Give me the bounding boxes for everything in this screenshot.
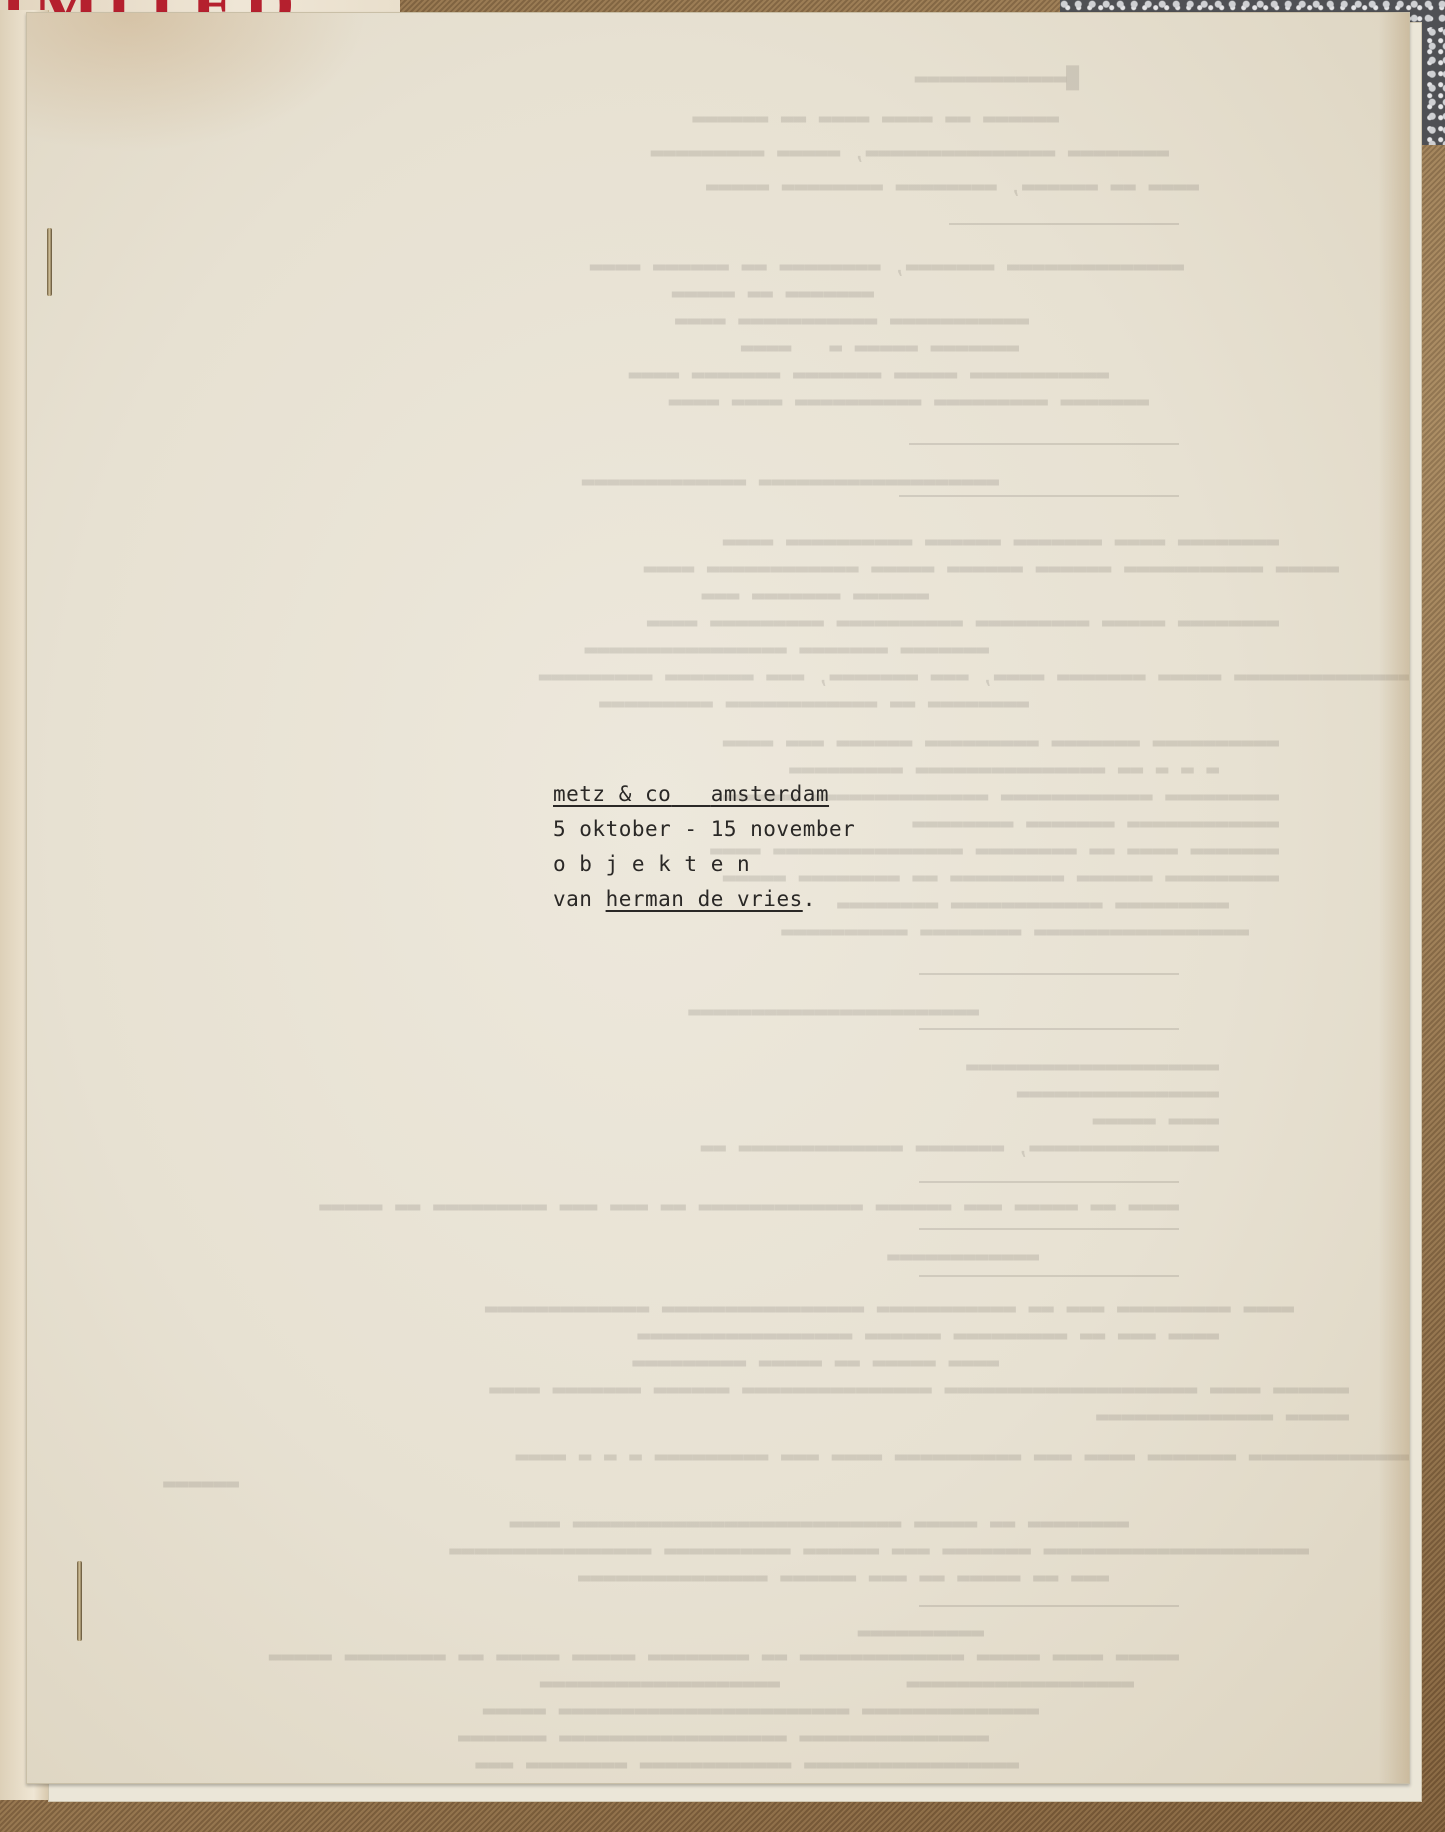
exhibition-notice: metz & co amsterdam 5 oktober - 15 novem… xyxy=(553,777,855,917)
artist-line: van herman de vries. xyxy=(553,882,855,917)
exhibition-subject: o b j e k t e n xyxy=(553,847,855,882)
venue-city: amsterdam xyxy=(711,782,829,806)
staple-bottom xyxy=(77,1561,82,1641)
artist-suffix: . xyxy=(803,887,816,911)
venue-name: metz & co xyxy=(553,782,671,806)
venue-line: metz & co amsterdam xyxy=(553,777,855,812)
exhibition-dates: 5 oktober - 15 november xyxy=(553,812,855,847)
document-page: █▬▬▬▬▬▬▬▬▬▬▬▬ ▬▬▬▬▬▬ ▬▬ ▬▬▬▬ ▬▬▬▬ ▬▬ ▬▬▬… xyxy=(26,12,1410,1784)
staple-top xyxy=(47,228,52,296)
artist-prefix: van xyxy=(553,887,592,911)
artist-name: herman de vries xyxy=(606,887,803,911)
